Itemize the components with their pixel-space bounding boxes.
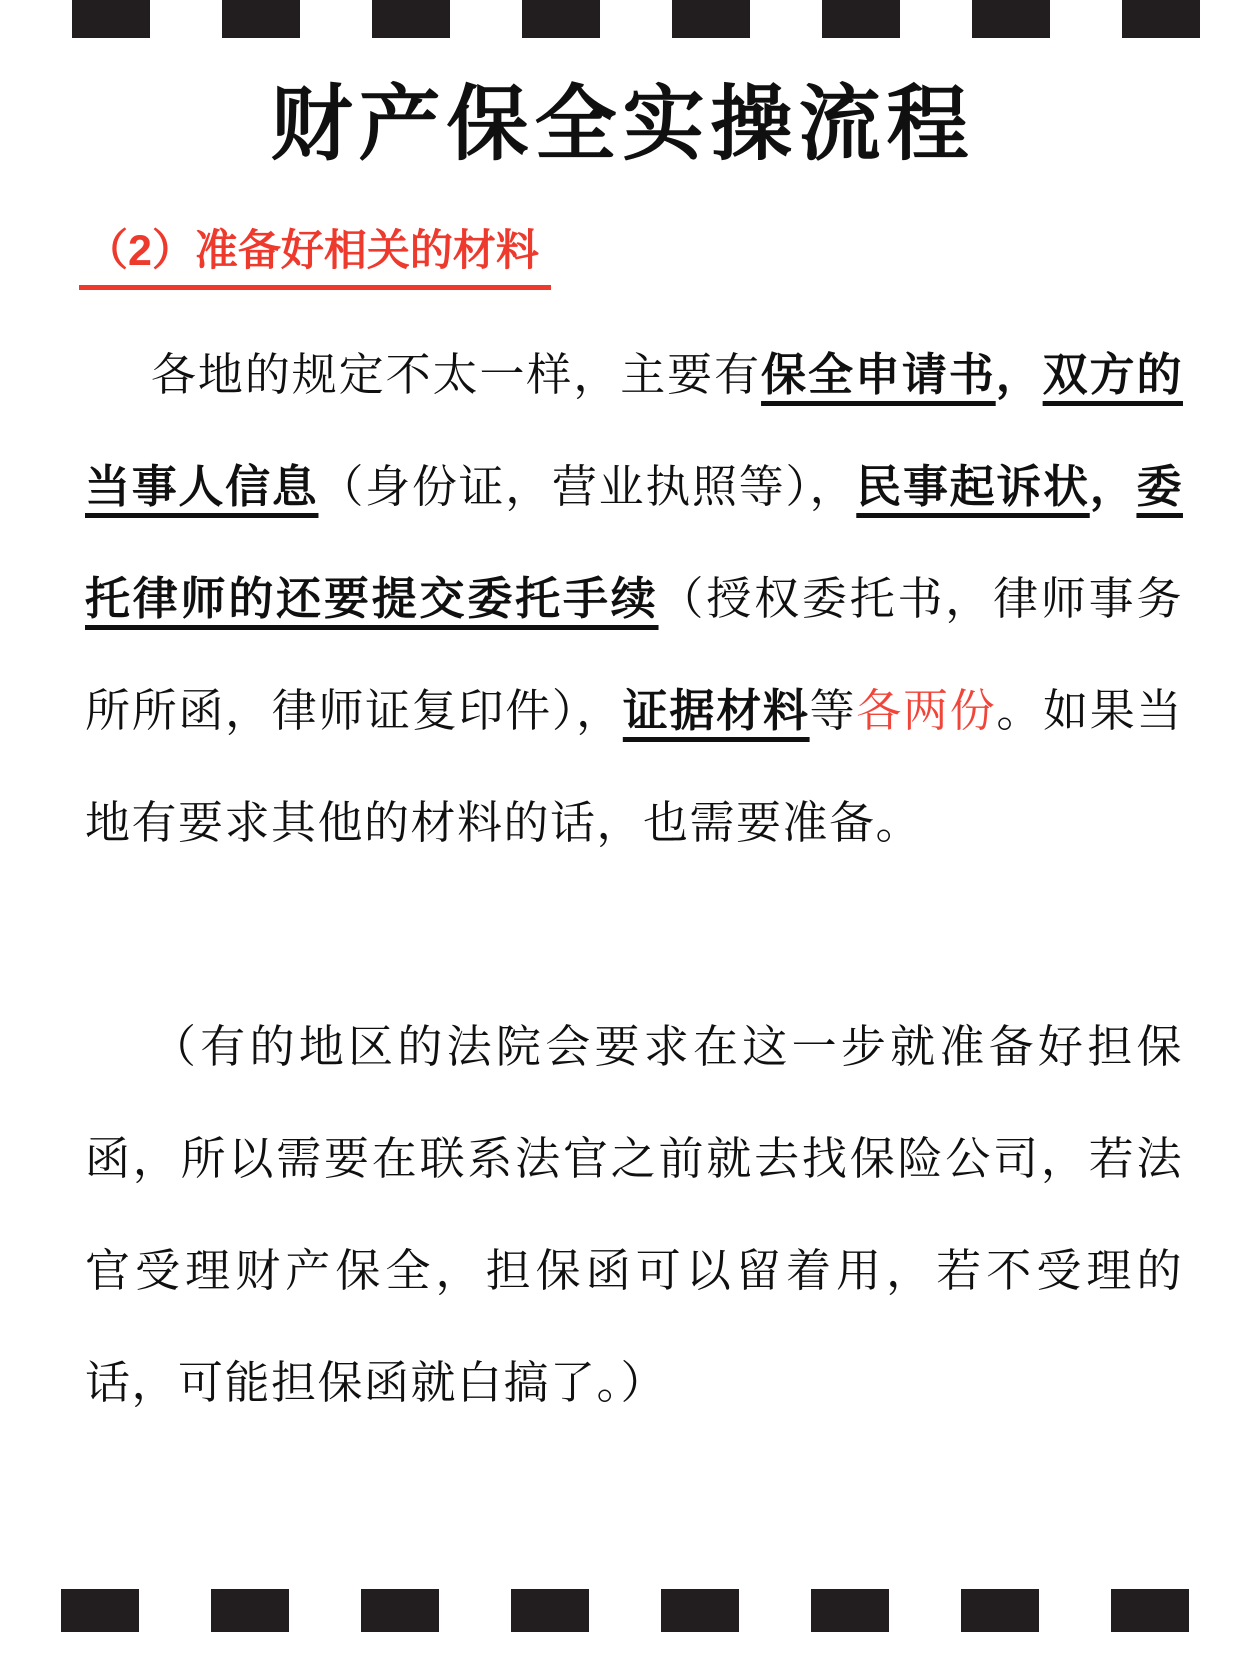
section-heading-label: （2）准备好相关的材料: [79, 226, 551, 290]
page-title: 财产保全实操流程: [0, 84, 1245, 166]
text-segment-bold-underline: 证据材料: [623, 685, 810, 736]
film-square: [211, 1589, 289, 1632]
text-segment-normal: 各地的规定不太一样，主要有: [151, 349, 761, 400]
film-square: [372, 0, 450, 38]
film-square: [361, 1589, 439, 1632]
film-square: [72, 0, 150, 38]
text-segment-bold-underline: 保全申请书: [761, 349, 996, 400]
text-segment-bold: ，: [1090, 461, 1137, 512]
text-segment-normal: （有的地区的法院会要求在这一步就准备好担保函，所以需要在联系法官之前就去找保险公…: [85, 1021, 1183, 1408]
film-square: [1111, 1589, 1189, 1632]
film-square: [522, 0, 600, 38]
film-square: [1122, 0, 1200, 38]
note-paragraph: （有的地区的法院会要求在这一步就准备好担保函，所以需要在联系法官之前就去找保险公…: [85, 991, 1183, 1439]
film-square: [811, 1589, 889, 1632]
film-square: [61, 1589, 139, 1632]
body-paragraphs: 各地的规定不太一样，主要有保全申请书，双方的当事人信息（身份证，营业执照等），民…: [0, 319, 1245, 1439]
text-segment-bold: ，: [996, 349, 1043, 400]
film-square: [972, 0, 1050, 38]
text-segment-bold-underline: 民事起诉状: [856, 461, 1089, 512]
filmstrip-top: [72, 0, 1200, 38]
note-page: 财产保全实操流程 （2）准备好相关的材料 各地的规定不太一样，主要有保全申请书，…: [0, 0, 1245, 1660]
text-segment-normal: （身份证，营业执照等），: [318, 461, 856, 512]
film-square: [822, 0, 900, 38]
film-square: [511, 1589, 589, 1632]
film-square: [672, 0, 750, 38]
filmstrip-bottom: [61, 1589, 1189, 1632]
section-heading: （2）准备好相关的材料: [79, 226, 1245, 290]
materials-paragraph: 各地的规定不太一样，主要有保全申请书，双方的当事人信息（身份证，营业执照等），民…: [85, 319, 1183, 879]
text-segment-red: 各两份: [856, 685, 996, 736]
film-square: [661, 1589, 739, 1632]
film-square: [222, 0, 300, 38]
text-segment-normal: 等: [810, 685, 857, 736]
film-square: [961, 1589, 1039, 1632]
